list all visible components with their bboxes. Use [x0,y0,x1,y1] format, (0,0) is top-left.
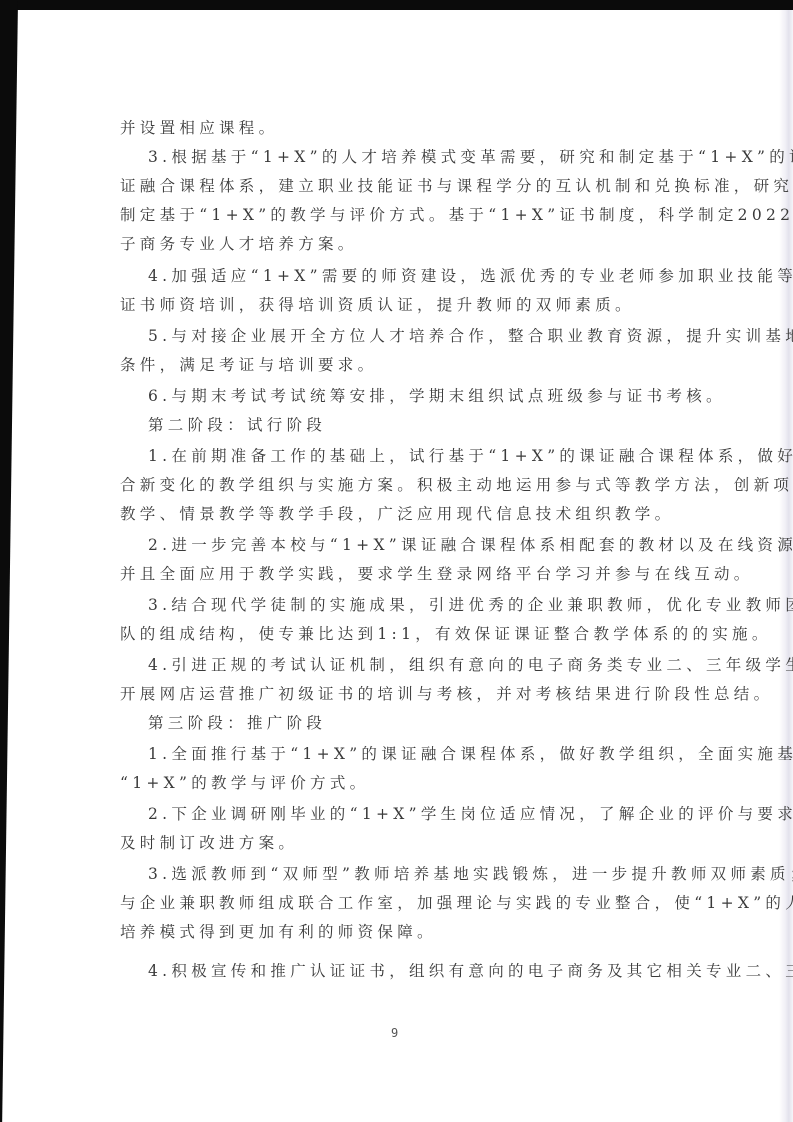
text-line: 教学、情景教学等教学手段，广泛应用现代信息技术组织教学。 [120,503,674,525]
document-page: 并设置相应课程。 3.根据基于“1+X”的人才培养模式变革需要，研究和制定基于“… [0,0,793,1122]
text-line: 合新变化的教学组织与实施方案。积极主动地运用参与式等教学方法，创新项目 [120,474,793,496]
text-line: 2.进一步完善本校与“1+X”课证融合课程体系相配套的教材以及在线资源群， [148,534,793,556]
text-line: 与企业兼职教师组成联合工作室，加强理论与实践的专业整合，使“1+X”的人才 [120,892,793,914]
text-line: 开展网店运营推广初级证书的培训与考核，并对考核结果进行阶段性总结。 [120,683,773,705]
text-line: 条件，满足考证与培训要求。 [120,354,377,376]
text-line: 队的组成结构，使专兼比达到1:1，有效保证课证整合教学体系的的实施。 [120,623,772,645]
text-line: 并且全面应用于教学实践，要求学生登录网络平台学习并参与在线互动。 [120,563,754,585]
text-line: 2.下企业调研刚毕业的“1+X”学生岗位适应情况，了解企业的评价与要求， [148,803,793,825]
text-line: 子商务专业人才培养方案。 [120,233,358,255]
text-line: 3.根据基于“1+X”的人才培养模式变革需要，研究和制定基于“1+X”的课 [148,146,793,168]
text-line: 并设置相应课程。 [120,117,278,139]
page-number: 9 [391,1024,398,1042]
text-line: 及时制订改进方案。 [120,832,298,854]
text-line: 4.引进正规的考试认证机制，组织有意向的电子商务类专业二、三年级学生 [148,654,793,676]
text-line: 制定基于“1+X”的教学与评价方式。基于“1+X”证书制度，科学制定2022级电 [120,204,793,226]
text-line: 3.结合现代学徒制的实施成果，引进优秀的企业兼职教师，优化专业教师团 [148,594,793,616]
section-heading-stage-3: 第三阶段：推广阶段 [148,712,326,734]
section-heading-stage-2: 第二阶段：试行阶段 [148,414,326,436]
text-line: 6.与期末考试考试统筹安排，学期末组织试点班级参与证书考核。 [148,385,726,407]
text-line: “1+X”的教学与评价方式。 [120,772,369,794]
text-line: 4.积极宣传和推广认证证书，组织有意向的电子商务及其它相关专业二、三 [148,960,793,982]
text-line: 1.全面推行基于“1+X”的课证融合课程体系，做好教学组织，全面实施基于 [148,743,793,765]
text-line: 证书师资培训，获得培训资质认证，提升教师的双师素质。 [120,294,635,316]
text-line: 1.在前期准备工作的基础上，试行基于“1+X”的课证融合课程体系，做好适 [148,445,793,467]
text-line: 4.加强适应“1+X”需要的师资建设，选派优秀的专业老师参加职业技能等级 [148,265,793,287]
text-line: 培养模式得到更加有利的师资保障。 [120,921,437,943]
text-line: 证融合课程体系，建立职业技能证书与课程学分的互认机制和兑换标准，研究和 [120,175,793,197]
text-line: 3.选派教师到“双师型”教师培养基地实践锻炼，进一步提升教师双师素质； [148,863,793,885]
text-line: 5.与对接企业展开全方位人才培养合作，整合职业教育资源，提升实训基地 [148,325,793,347]
